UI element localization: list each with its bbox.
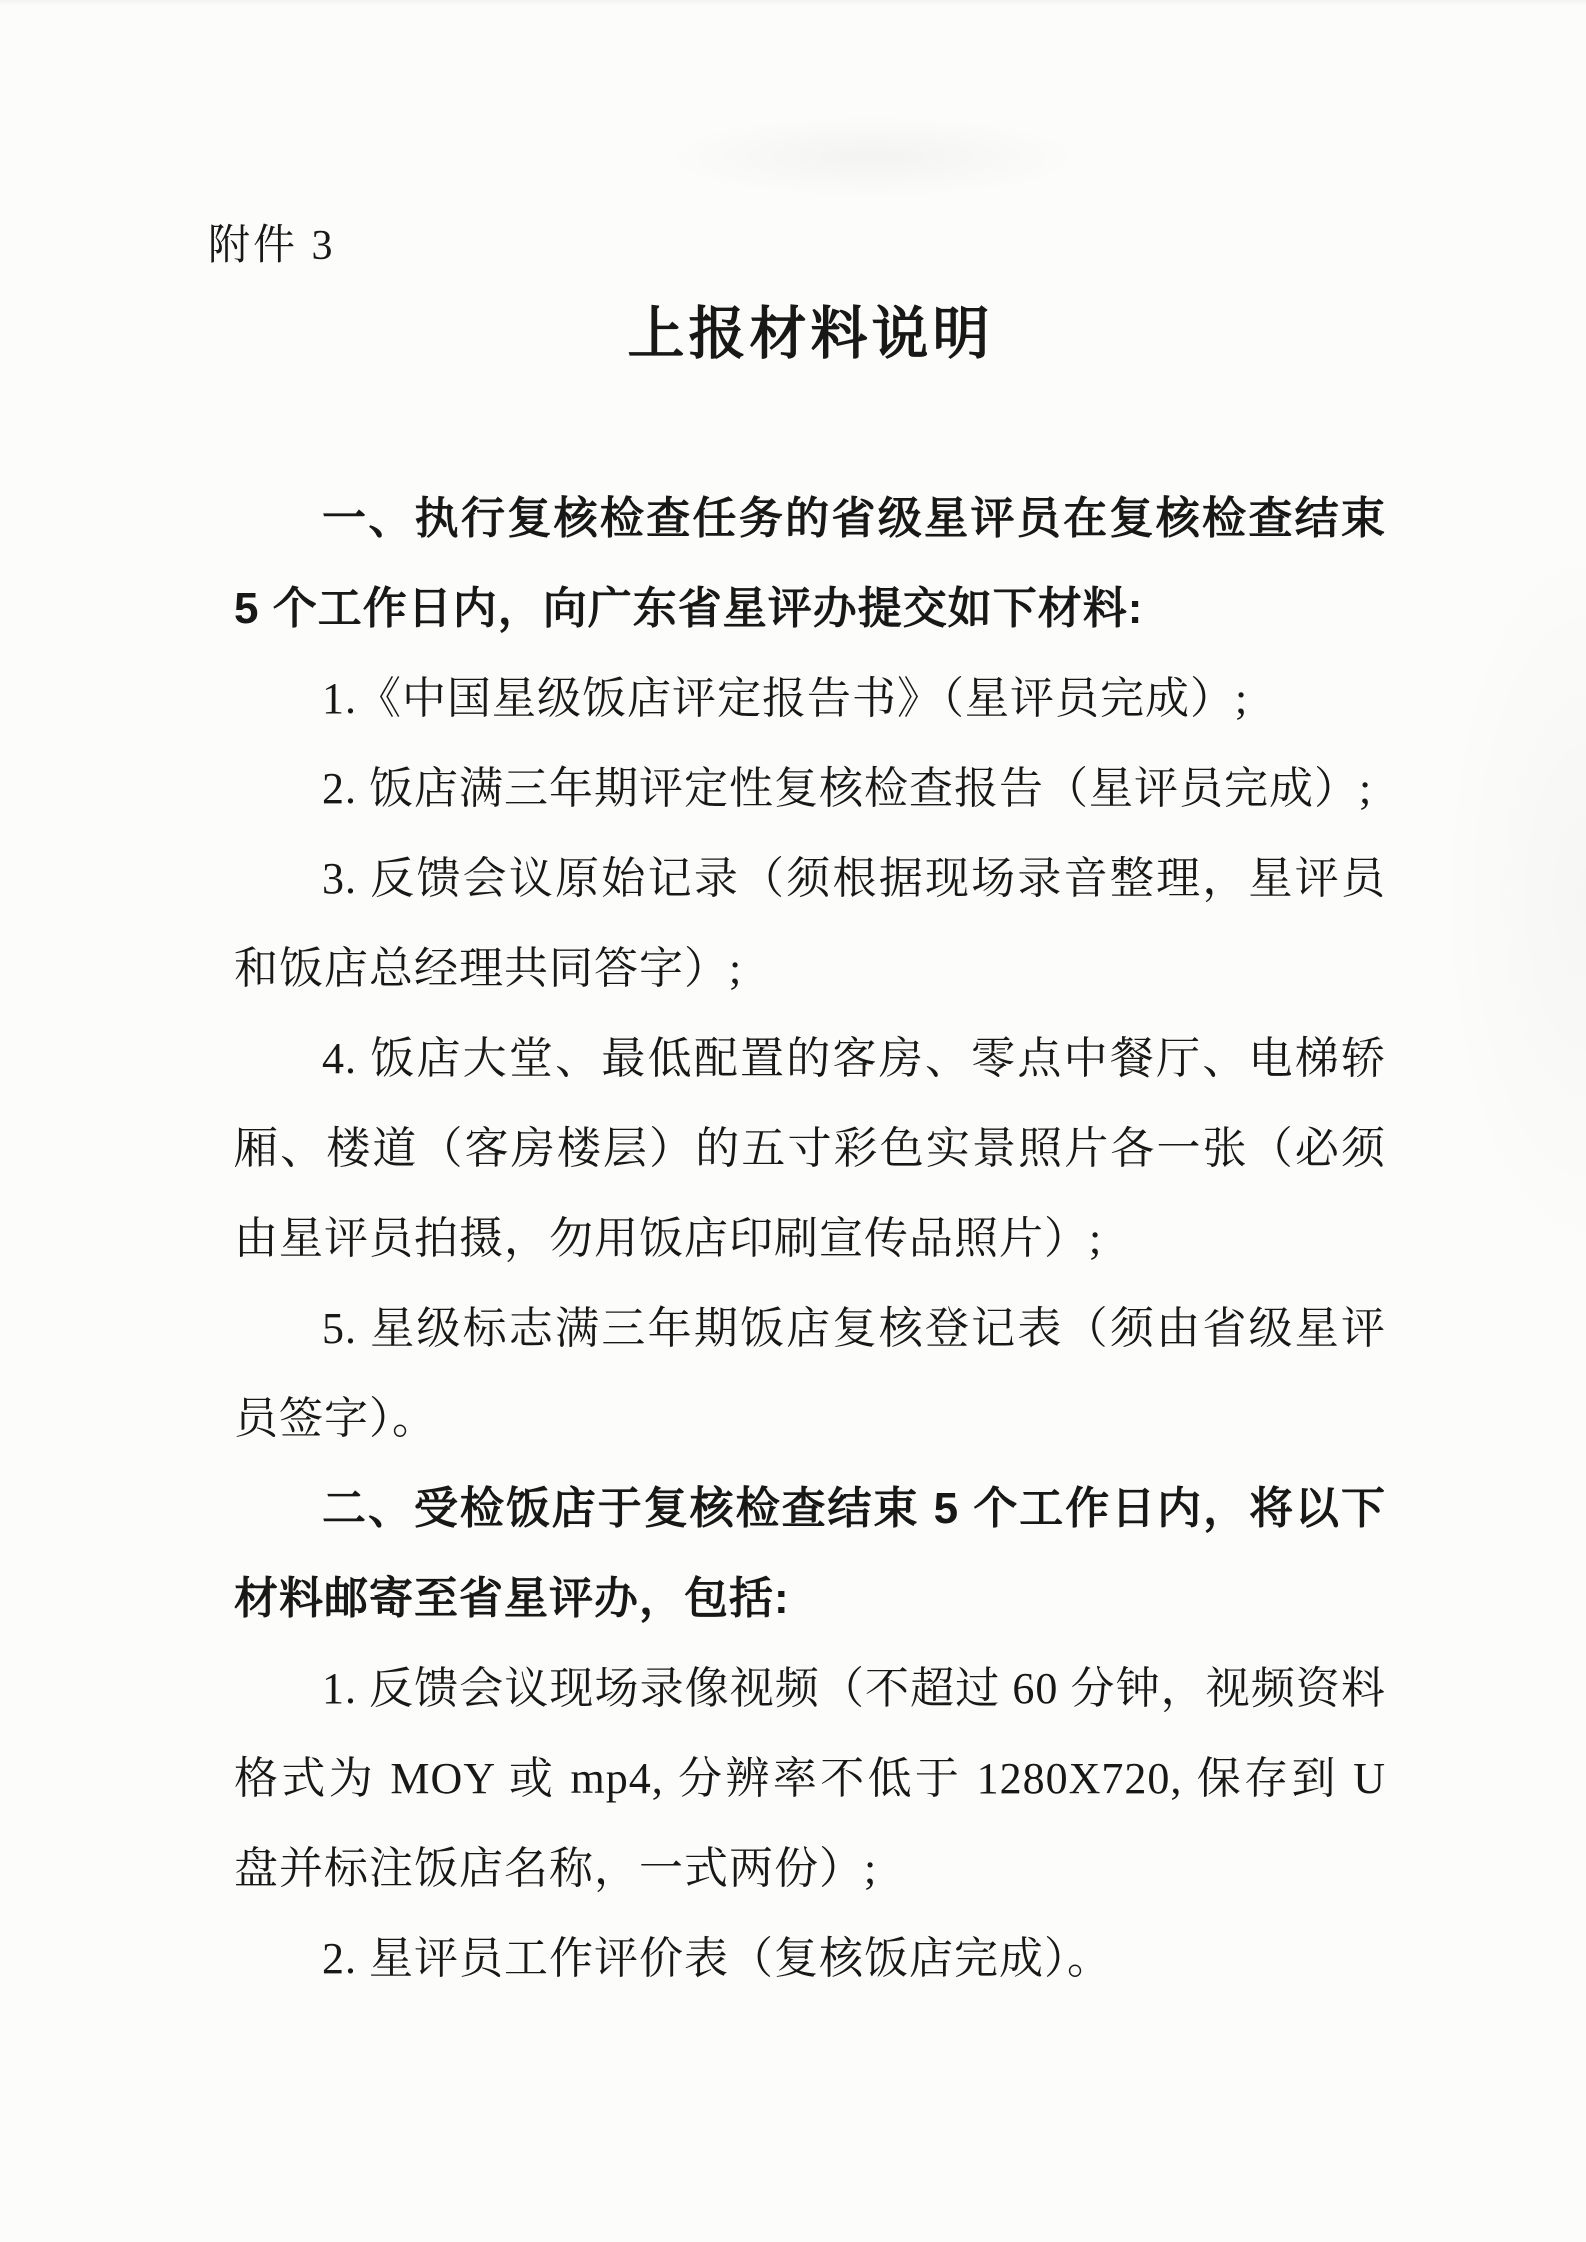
attachment-label: 附件 3 [208,212,336,272]
section-2-item-1: 1. 反馈会议现场录像视频（不超过 60 分钟，视频资料格式为 MOY 或 mp… [234,1644,1386,1914]
section-1-item-4: 4. 饭店大堂、最低配置的客房、零点中餐厅、电梯轿厢、楼道（客房楼层）的五寸彩色… [234,1014,1386,1284]
scanned-document-page: 附件 3 上报材料说明 一、执行复核检查任务的省级星评员在复核检查结束 5 个工… [0,0,1586,2242]
section-1-item-3: 3. 反馈会议原始记录（须根据现场录音整理，星评员和饭店总经理共同答字）; [234,834,1386,1014]
section-1-item-5: 5. 星级标志满三年期饭店复核登记表（须由省级星评员签字）。 [234,1284,1386,1464]
document-title: 上报材料说明 [233,288,1388,370]
section-2-item-2: 2. 星评员工作评价表（复核饭店完成）。 [234,1914,1386,2004]
document-body: 一、执行复核检查任务的省级星评员在复核检查结束 5 个工作日内，向广东省星评办提… [234,474,1386,2004]
section-1-heading: 一、执行复核检查任务的省级星评员在复核检查结束 5 个工作日内，向广东省星评办提… [234,474,1386,654]
section-2-heading: 二、受检饭店于复核检查结束 5 个工作日内，将以下材料邮寄至省星评办，包括: [234,1464,1386,1644]
section-1-item-1: 1.《中国星级饭店评定报告书》（星评员完成）; [234,654,1386,744]
section-1-item-2: 2. 饭店满三年期评定性复核检查报告（星评员完成）; [234,744,1386,834]
